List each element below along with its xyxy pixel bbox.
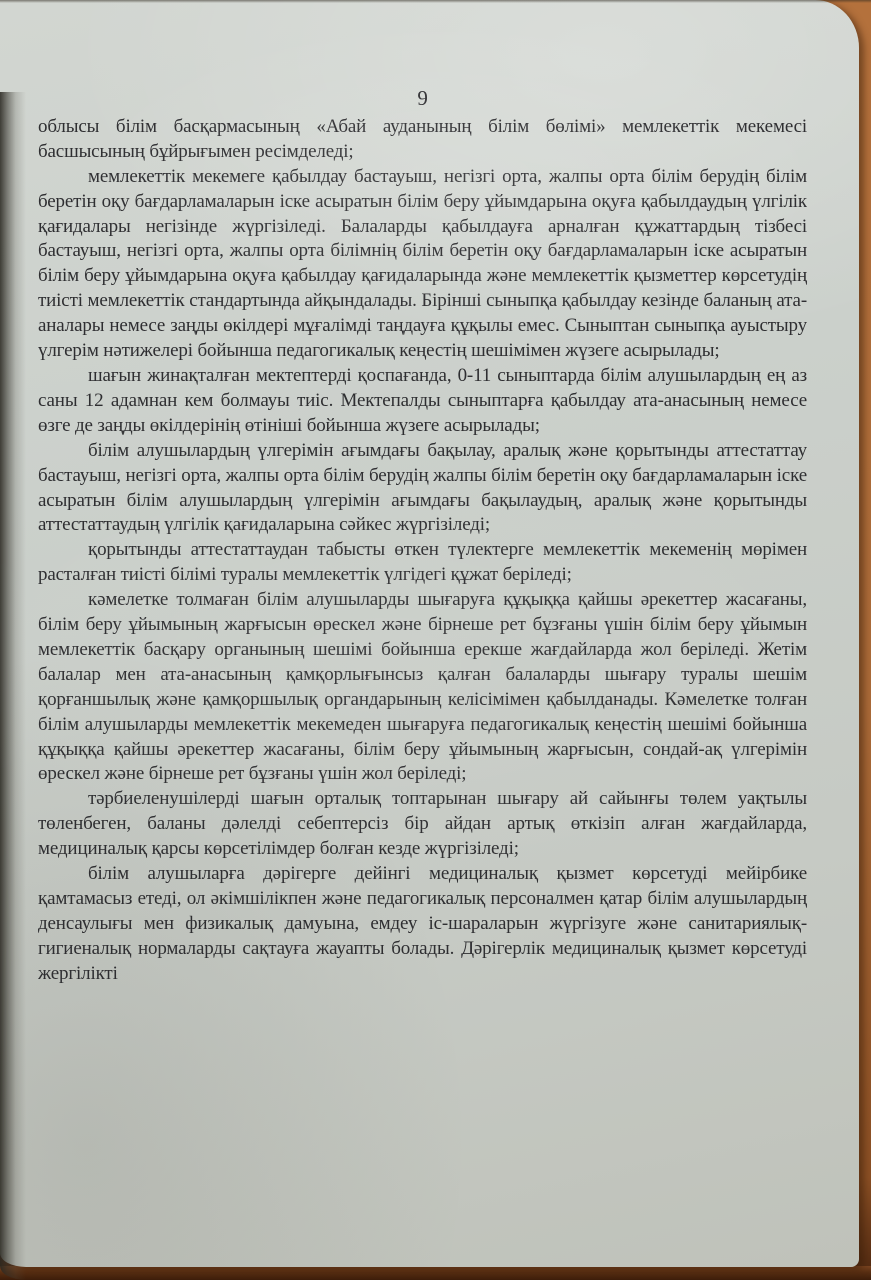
document-page: 9 облысы білім басқармасының «Абай аудан… <box>0 0 859 1267</box>
paragraph: білім алушыларға дәрігерге дейінгі медиц… <box>38 862 807 987</box>
paragraph: мемлекеттік мекемеге қабылдау бастауыш, … <box>38 165 807 364</box>
desk-surface-bottom <box>0 1266 871 1280</box>
paragraph: тәрбиеленушілерді шағын орталық топтарын… <box>38 787 807 862</box>
paragraph: шағын жинақталған мектептерді қоспағанда… <box>38 364 807 439</box>
page-number: 9 <box>38 86 807 111</box>
paragraph: кәмелетке толмаған білім алушыларды шыға… <box>38 588 807 787</box>
paragraph: білім алушылардың үлгерімін ағымдағы бақ… <box>38 439 807 539</box>
photo-background: 9 облысы білім басқармасының «Абай аудан… <box>0 0 871 1280</box>
paragraph: қорытынды аттестаттаудан табысты өткен т… <box>38 538 807 588</box>
page-content: 9 облысы білім басқармасының «Абай аудан… <box>38 86 807 987</box>
paragraph: облысы білім басқармасының «Абай ауданын… <box>38 115 807 165</box>
